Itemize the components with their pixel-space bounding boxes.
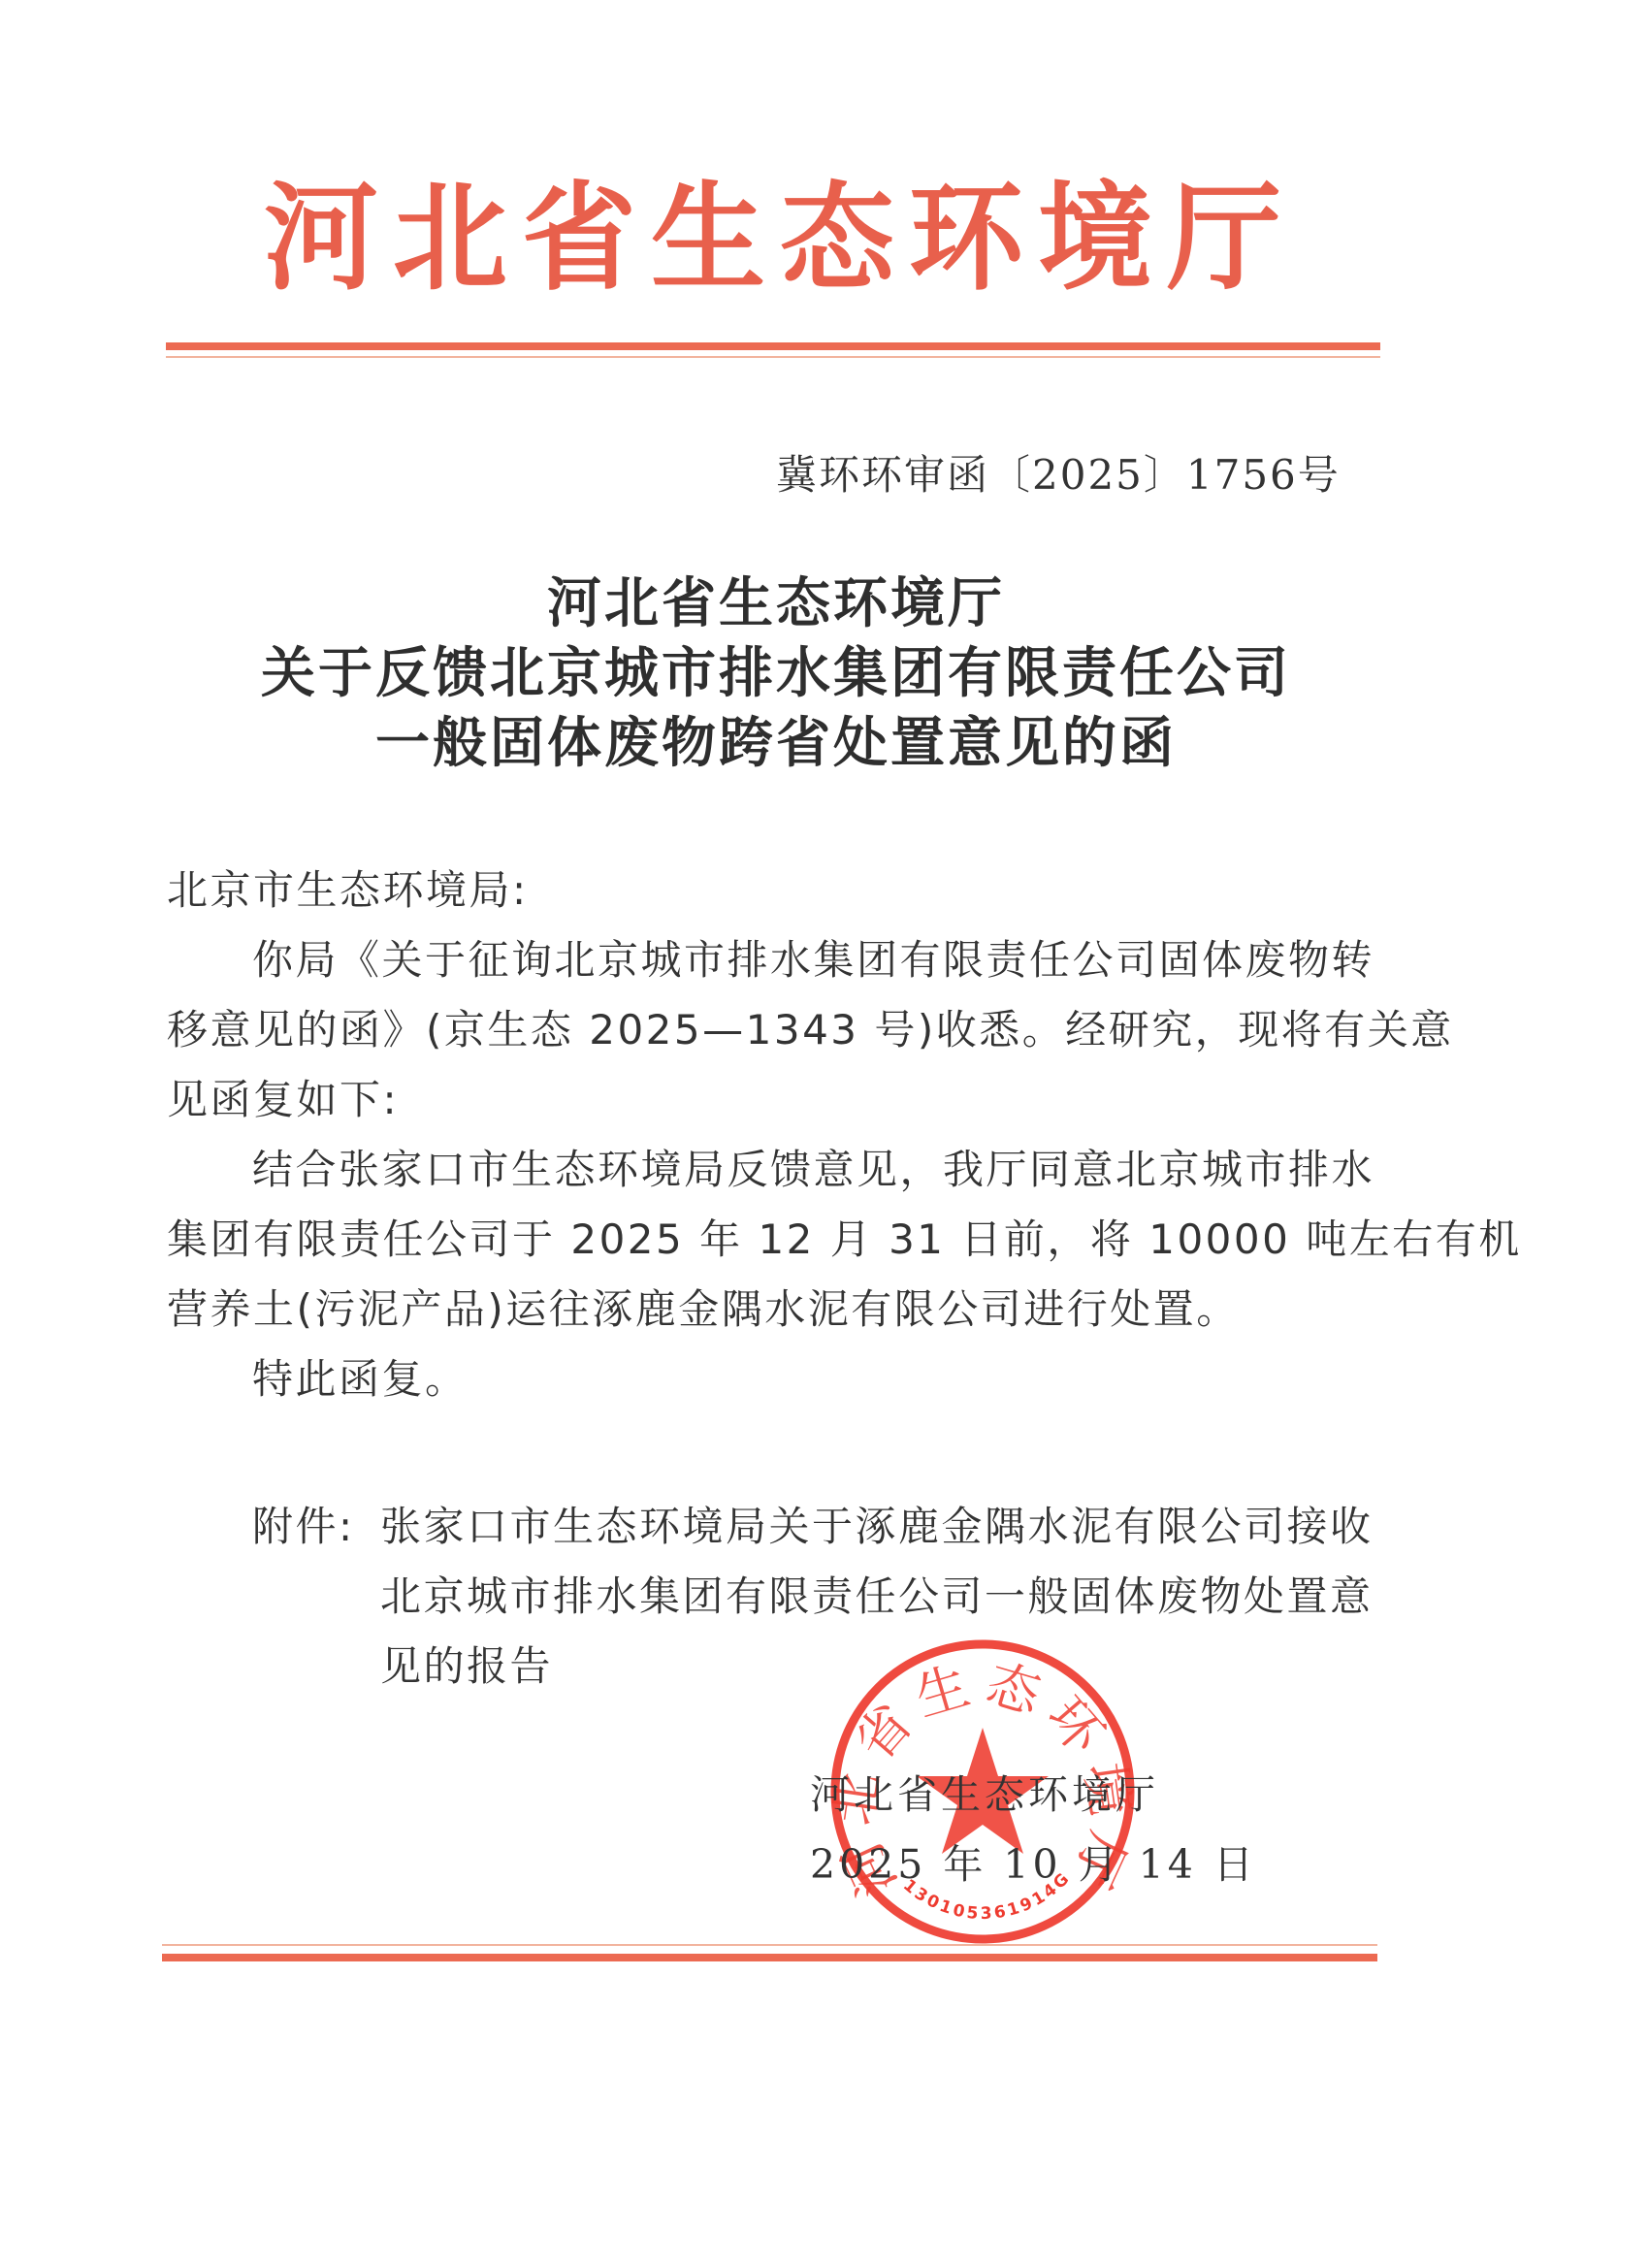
- title-line-1: 河北省生态环境厅: [0, 568, 1552, 638]
- issue-date: 2025 年 10 月 14 日: [810, 1837, 1257, 1892]
- title-line-2: 关于反馈北京城市排水集团有限责任公司: [0, 638, 1552, 708]
- document-number: 冀环环审函〔2025〕1756号: [776, 448, 1341, 502]
- closing: 特此函复。: [252, 1345, 469, 1414]
- issuer-signature: 河北省生态环境厅: [810, 1767, 1159, 1822]
- attachment-line-3: 见的报告: [380, 1632, 553, 1701]
- paragraph-2-line-1: 结合张家口市生态环境局反馈意见，我厅同意北京城市排水: [252, 1135, 1374, 1205]
- attachment-line-2: 北京城市排水集团有限责任公司一般固体废物处置意: [380, 1562, 1374, 1632]
- masthead-rule-thick: [166, 342, 1380, 350]
- paragraph-1-line-1: 你局《关于征询北京城市排水集团有限责任公司固体废物转: [252, 925, 1374, 995]
- footer-rule-thick: [162, 1954, 1377, 1961]
- title-line-3: 一般固体废物跨省处置意见的函: [0, 708, 1552, 778]
- footer-rule-thin: [162, 1944, 1377, 1946]
- paragraph-1-line-2: 移意见的函》(京生态 2025—1343 号)收悉。经研究，现将有关意: [167, 995, 1454, 1065]
- paragraph-1-line-3: 见函复如下:: [167, 1065, 399, 1135]
- attachment-label: 附件:: [252, 1492, 355, 1562]
- masthead-org-name: 河北省生态环境厅: [264, 172, 1302, 305]
- paragraph-2-line-2: 集团有限责任公司于 2025 年 12 月 31 日前，将 10000 吨左右有…: [167, 1205, 1522, 1275]
- attachment-line-1: 张家口市生态环境局关于涿鹿金隅水泥有限公司接收: [380, 1492, 1374, 1562]
- salutation: 北京市生态环境局:: [167, 856, 529, 925]
- masthead-rule-thin: [166, 356, 1380, 358]
- paragraph-2-line-3: 营养土(污泥产品)运往涿鹿金隅水泥有限公司进行处置。: [167, 1275, 1240, 1345]
